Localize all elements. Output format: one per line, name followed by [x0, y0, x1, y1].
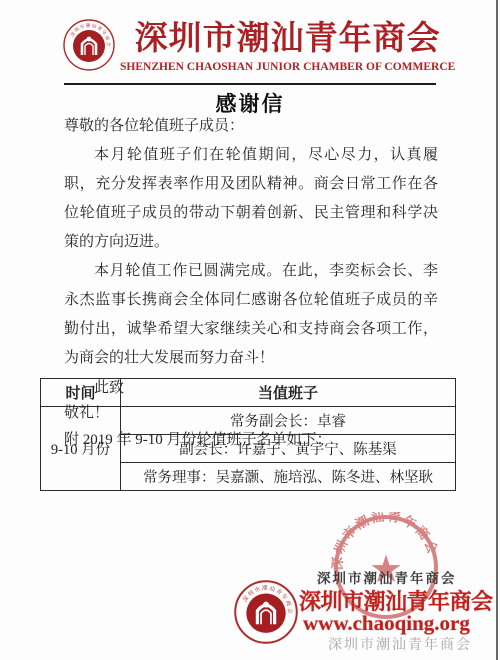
org-name-english: SHENZHEN CHAOSHAN JUNIOR CHAMBER OF COMM…	[120, 60, 455, 74]
salutation: 尊敬的各位轮值班子成员：	[64, 115, 438, 137]
roster-cell-vp: 副会长：许嘉子、黄宇宁、陈基渠	[121, 435, 456, 463]
org-name-chinese: 深圳市潮汕青年商会	[120, 19, 455, 57]
table-header-row: 时间 当值班子	[41, 379, 456, 407]
roster-cell-directors: 常务理事：吴嘉灏、施培泓、陈冬进、林坚耿	[121, 463, 456, 491]
letter-title: 感谢信	[0, 88, 500, 118]
footer-chamber-logo-icon: 深圳市潮汕青年商会	[234, 580, 298, 649]
paragraph-1: 本月轮值班子们在轮值期间，尽心尽力，认真履职，充分发挥表率作用及团队精神。商会日…	[64, 141, 438, 257]
letterhead-titles: 深圳市潮汕青年商会 SHENZHEN CHAOSHAN JUNIOR CHAMB…	[120, 19, 455, 74]
letterhead: 深圳市潮汕青年商会 深圳市潮汕青年商会 SHENZHEN CHAOSHAN JU…	[63, 19, 437, 76]
roster-cell-vp-executive: 常务副会长：卓睿	[121, 407, 456, 435]
header-duty-team: 当值班子	[121, 379, 456, 407]
footer-watermark-text: 深圳市潮汕青年商会	[328, 634, 472, 654]
footer-org-name-small: 深圳市潮汕青年商会	[317, 567, 457, 587]
letterhead-divider	[64, 83, 436, 85]
header-time: 时间	[41, 379, 121, 407]
duty-roster-table: 时间 当值班子 9-10 月份 常务副会长：卓睿 副会长：许嘉子、黄宇宁、陈基渠…	[40, 378, 456, 491]
footer-website-url: www.chaoqing.org	[303, 611, 470, 636]
letter-page: 深圳市潮汕青年商会 深圳市潮汕青年商会 SHENZHEN CHAOSHAN JU…	[0, 0, 500, 660]
table-row: 9-10 月份 常务副会长：卓睿	[41, 407, 456, 435]
period-cell: 9-10 月份	[41, 407, 121, 491]
paragraph-2: 本月轮值工作已圆满完成。在此，李奕标会长、李永杰监事长携商会全体同仁感谢各位轮值…	[64, 257, 438, 373]
chamber-logo-icon: 深圳市潮汕青年商会	[63, 19, 115, 76]
